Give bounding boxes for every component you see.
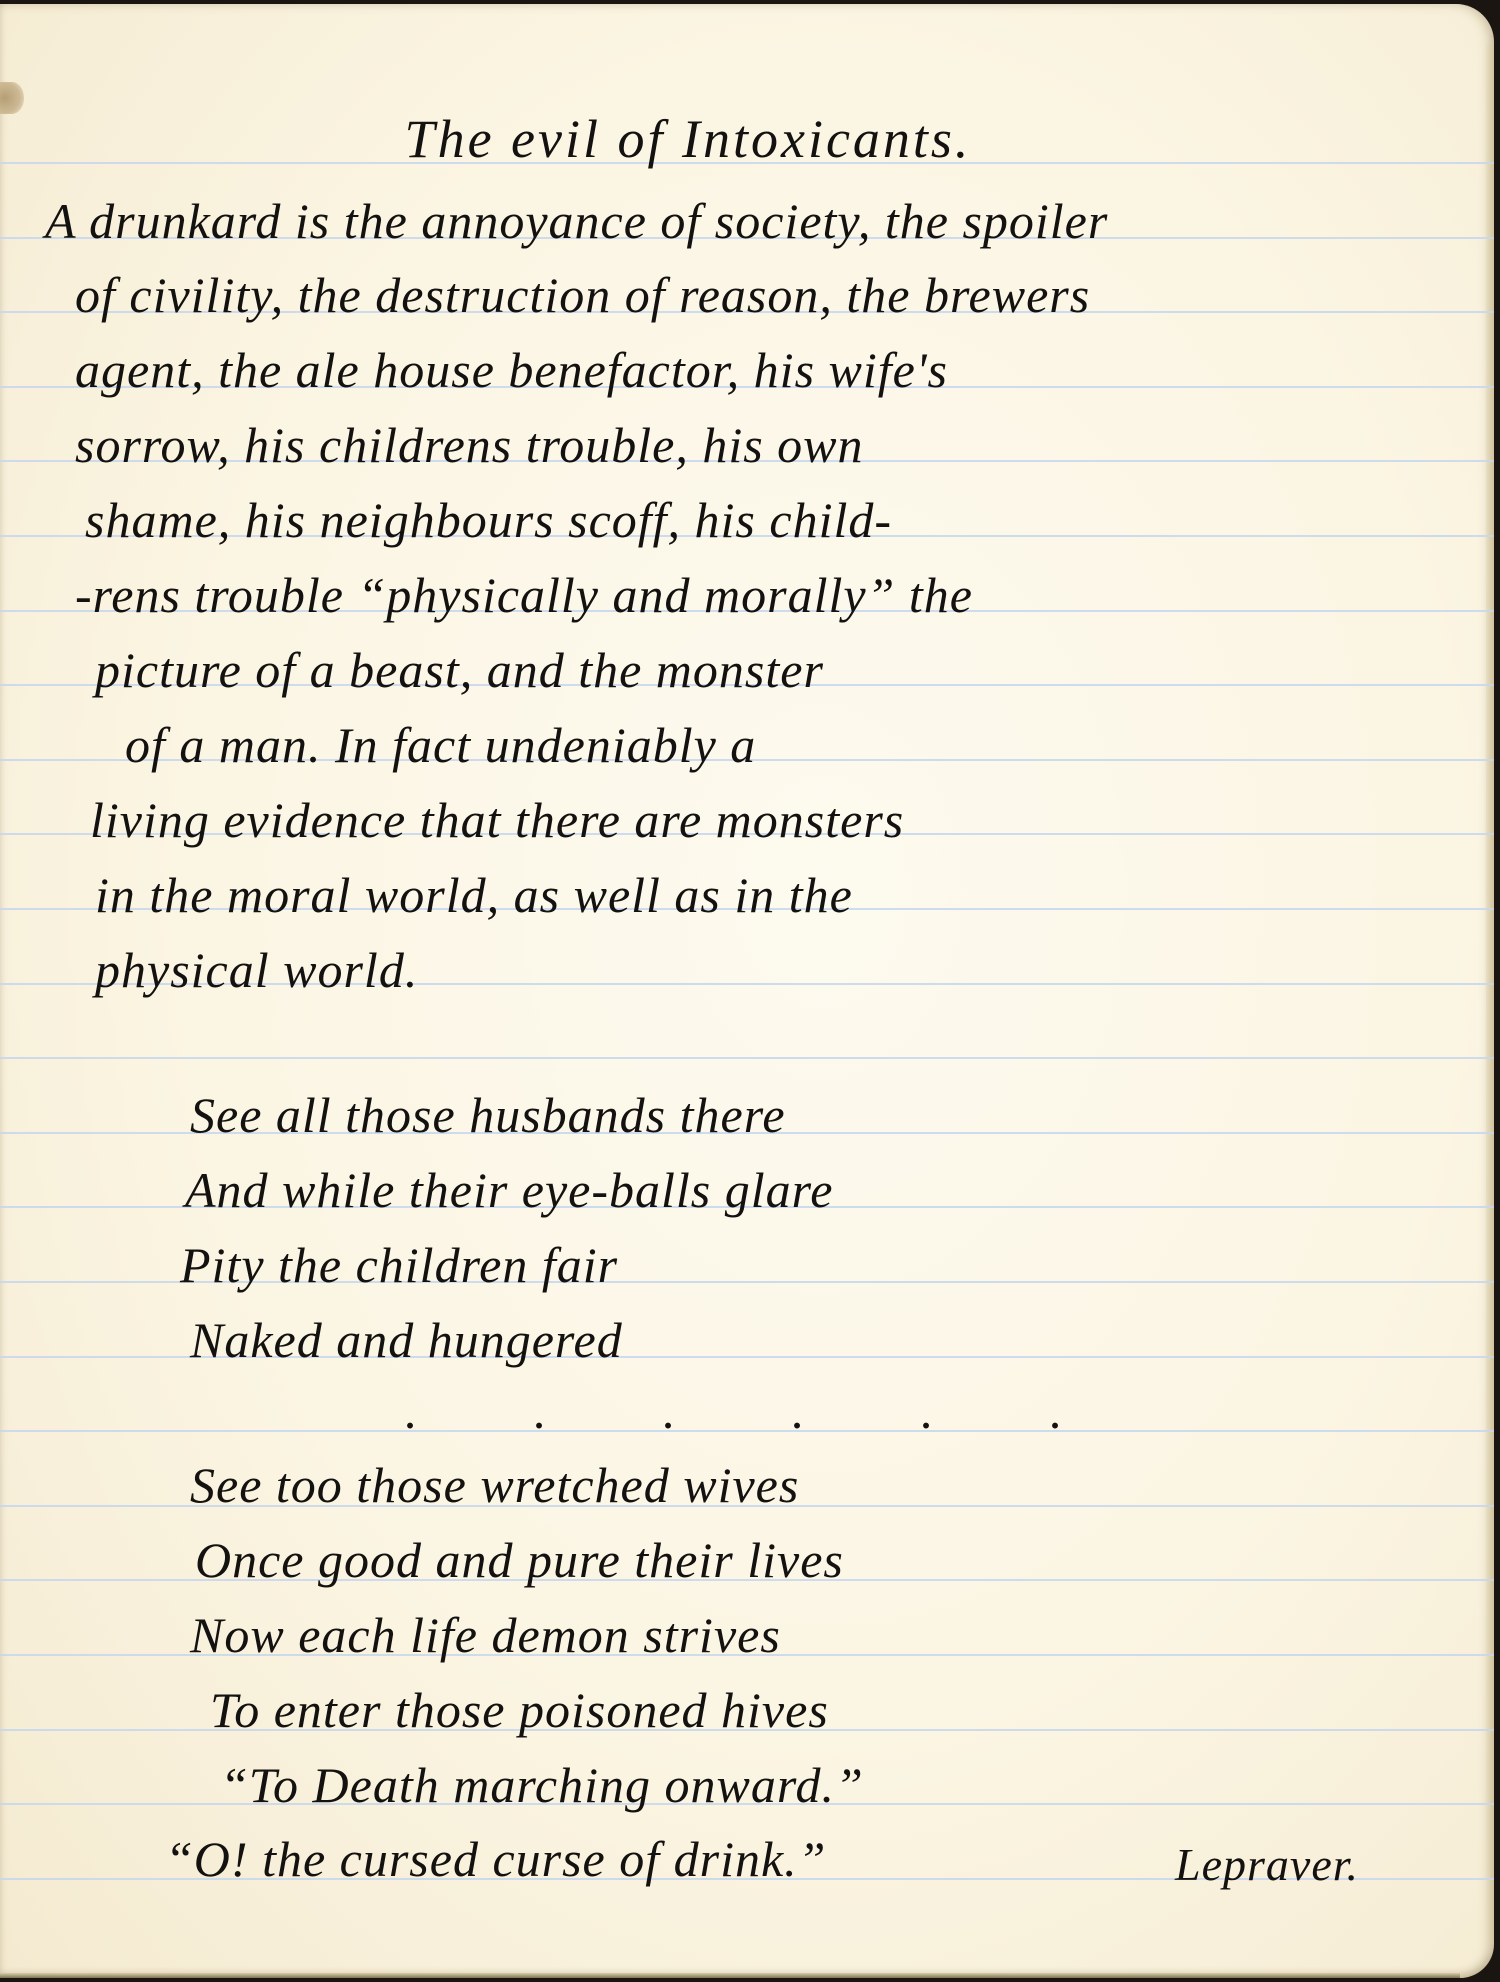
prose-line: shame, his neighbours scoff, his child- (85, 495, 892, 545)
verse-line: Pity the children fair (180, 1240, 618, 1290)
prose-line: picture of a beast, and the monster (95, 645, 824, 695)
notebook-page: The evil of Intoxicants. A drunkard is t… (0, 4, 1494, 1978)
paper-stain (0, 82, 24, 114)
prose-line: sorrow, his childrens trouble, his own (75, 420, 864, 470)
author-signature: Lepraver. (1175, 1842, 1359, 1888)
prose-line: A drunkard is the annoyance of society, … (45, 196, 1108, 246)
page-title: The evil of Intoxicants. (318, 112, 1058, 166)
page-edge-bottom (0, 1973, 1460, 1978)
prose-line: -rens trouble “physically and morally” t… (75, 570, 973, 620)
prose-line: of civility, the destruction of reason, … (75, 270, 1090, 320)
prose-line: in the moral world, as well as in the (95, 870, 853, 920)
verse-line: “O! the cursed curse of drink.” (165, 1834, 827, 1884)
verse-line: See all those husbands there (190, 1090, 786, 1140)
verse-line: Now each life demon strives (190, 1610, 781, 1660)
ruled-line (0, 1057, 1494, 1059)
verse-line: Naked and hungered (190, 1315, 623, 1365)
prose-line: living evidence that there are monsters (90, 795, 904, 845)
verse-line: “To Death marching onward.” (220, 1760, 864, 1810)
prose-line: physical world. (95, 945, 418, 995)
prose-line: agent, the ale house benefactor, his wif… (75, 345, 948, 395)
prose-line: of a man. In fact undeniably a (125, 720, 756, 770)
verse-line: And while their eye-balls glare (185, 1165, 833, 1215)
verse-line: See too those wretched wives (190, 1460, 799, 1510)
page-edge-right (1486, 44, 1494, 1944)
verse-ellipsis: . . . . . . (405, 1386, 1115, 1436)
verse-line: Once good and pure their lives (195, 1535, 844, 1585)
verse-line: To enter those poisoned hives (210, 1685, 829, 1735)
